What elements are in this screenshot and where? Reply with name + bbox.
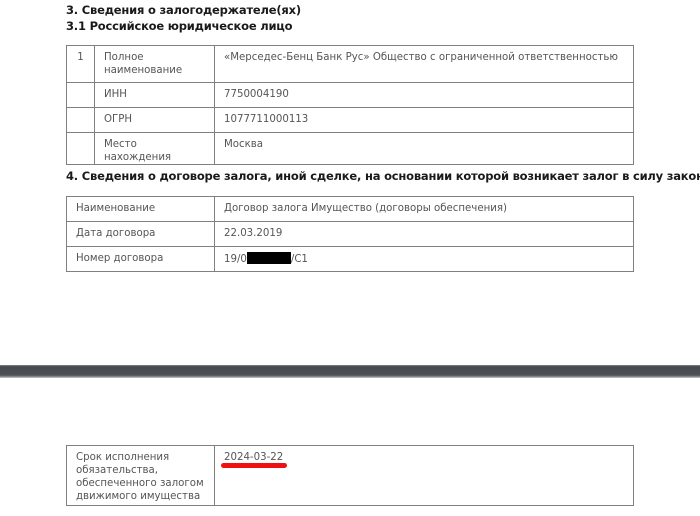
table-row: Номер договора 19/0/С1 bbox=[67, 247, 634, 272]
red-highlight-underline bbox=[221, 463, 287, 468]
table-row: ОГРН 1077711000113 bbox=[67, 108, 634, 133]
field-value: 2024-03-22 bbox=[215, 446, 634, 506]
page-separator bbox=[0, 365, 700, 378]
table-row: Срок исполнения обязательства, обеспечен… bbox=[67, 446, 634, 506]
section-3-1-subtitle: 3.1 Российское юридическое лицо bbox=[66, 19, 292, 33]
section-3-title: 3. Сведения о залогодержателе(ях) bbox=[66, 3, 301, 17]
field-label: Дата договора bbox=[67, 222, 215, 247]
field-value: 22.03.2019 bbox=[215, 222, 634, 247]
field-value: 7750004190 bbox=[215, 83, 634, 108]
section-4-title: 4. Сведения о договоре залога, иной сдел… bbox=[66, 169, 700, 183]
field-label: Срок исполнения обязательства, обеспечен… bbox=[67, 446, 215, 506]
row-number: 1 bbox=[67, 46, 95, 83]
redaction-block bbox=[247, 252, 291, 264]
field-value: Договор залога Имущество (договоры обесп… bbox=[215, 197, 634, 222]
field-label: ИНН bbox=[95, 83, 215, 108]
row-number bbox=[67, 108, 95, 133]
pledgee-table: 1 Полное наименование «Мерседес-Бенц Бан… bbox=[66, 45, 634, 165]
field-label: Номер договора bbox=[67, 247, 215, 272]
field-label: Место нахождения bbox=[95, 133, 215, 165]
field-label: Наименование bbox=[67, 197, 215, 222]
contract-number-suffix: /С1 bbox=[291, 254, 308, 265]
field-label: ОГРН bbox=[95, 108, 215, 133]
field-value: «Мерседес-Бенц Банк Рус» Общество с огра… bbox=[215, 46, 634, 83]
field-value: 1077711000113 bbox=[215, 108, 634, 133]
table-row: 1 Полное наименование «Мерседес-Бенц Бан… bbox=[67, 46, 634, 83]
obligation-term-table: Срок исполнения обязательства, обеспечен… bbox=[66, 445, 634, 506]
table-row: Наименование Договор залога Имущество (д… bbox=[67, 197, 634, 222]
field-label: Полное наименование bbox=[95, 46, 215, 83]
table-row: ИНН 7750004190 bbox=[67, 83, 634, 108]
contract-number-prefix: 19/0 bbox=[224, 254, 247, 265]
table-row: Дата договора 22.03.2019 bbox=[67, 222, 634, 247]
row-number bbox=[67, 133, 95, 165]
field-value: Москва bbox=[215, 133, 634, 165]
row-number bbox=[67, 83, 95, 108]
field-value: 19/0/С1 bbox=[215, 247, 634, 272]
contract-table: Наименование Договор залога Имущество (д… bbox=[66, 196, 634, 272]
table-row: Место нахождения Москва bbox=[67, 133, 634, 165]
